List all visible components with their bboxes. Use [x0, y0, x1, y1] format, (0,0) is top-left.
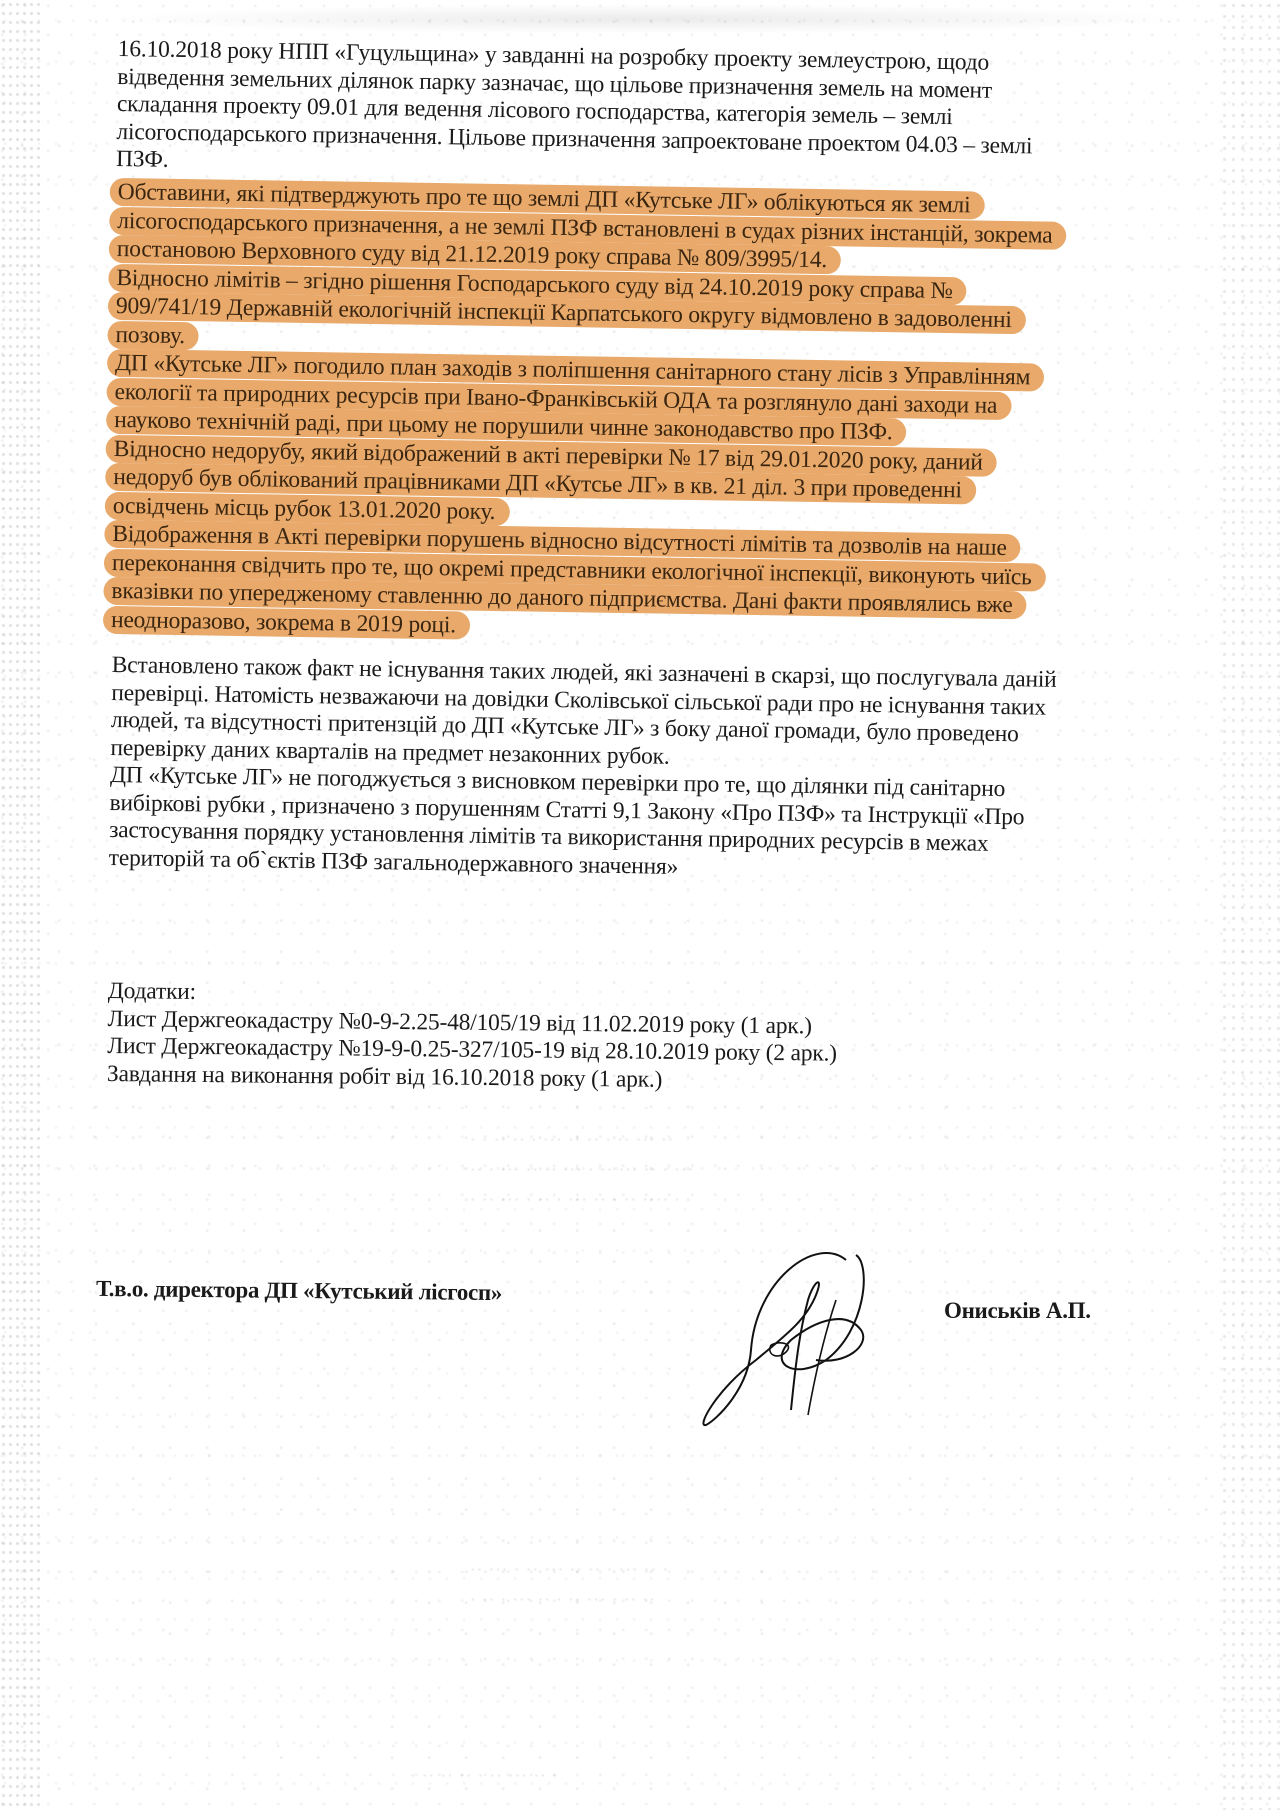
highlighted-section: Обставини, які підтверджують про те що з…: [111, 178, 1178, 651]
attachments-list: Додатки: Лист Держгеокадастру №0-9-2.25-…: [107, 978, 1168, 1099]
signer-title: Т.в.о. директора ДП «Кутський лісгосп»: [96, 1276, 502, 1306]
scan-edge-noise-left: [0, 0, 40, 1810]
signer-name: Ониськів А.П.: [944, 1298, 1091, 1324]
handwritten-signature-icon: [696, 1240, 896, 1430]
highlighted-line: позову.: [107, 320, 199, 349]
signature-block: Т.в.о. директора ДП «Кутський лісгосп» О…: [96, 1270, 1216, 1460]
bleed-through-text: · ·· · ··· ·· · ·· ··· · ·· ··: [470, 1590, 656, 1610]
bleed-through-text: · ·· ··· · ·· · ··· ·· · ·· ···· ·: [470, 1190, 681, 1210]
scanned-document-page: · · ·· ·· · ··· ·· ·· · ·· ··· ·· ·· · ·…: [0, 0, 1280, 1810]
bleed-through-text: ·· ··· · ·· ··· ·· ·· · ··· ·· ·: [470, 1560, 669, 1580]
tail-paragraphs: Встановлено також факт не існування таки…: [109, 652, 1172, 889]
bleed-through-text: · ·· ·· ·· · ·· ··· ·· ·: [410, 1766, 559, 1786]
highlighted-line: неодноразово, зокрема в 2019 році.: [103, 605, 470, 639]
intro-paragraph: 16.10.2018 року НПП «Гуцульщина» у завда…: [116, 36, 1178, 190]
scan-edge-noise-right: [1220, 0, 1280, 1810]
bleed-through-text: ·· · ··· ·· ·· ··· · ·· ··· ·· · ···: [470, 1160, 694, 1180]
bleed-through-text: · · ·· ·· · ··· ·· ·· · ·· ··· ··: [470, 1130, 674, 1150]
scan-smudge: [100, 4, 1200, 34]
